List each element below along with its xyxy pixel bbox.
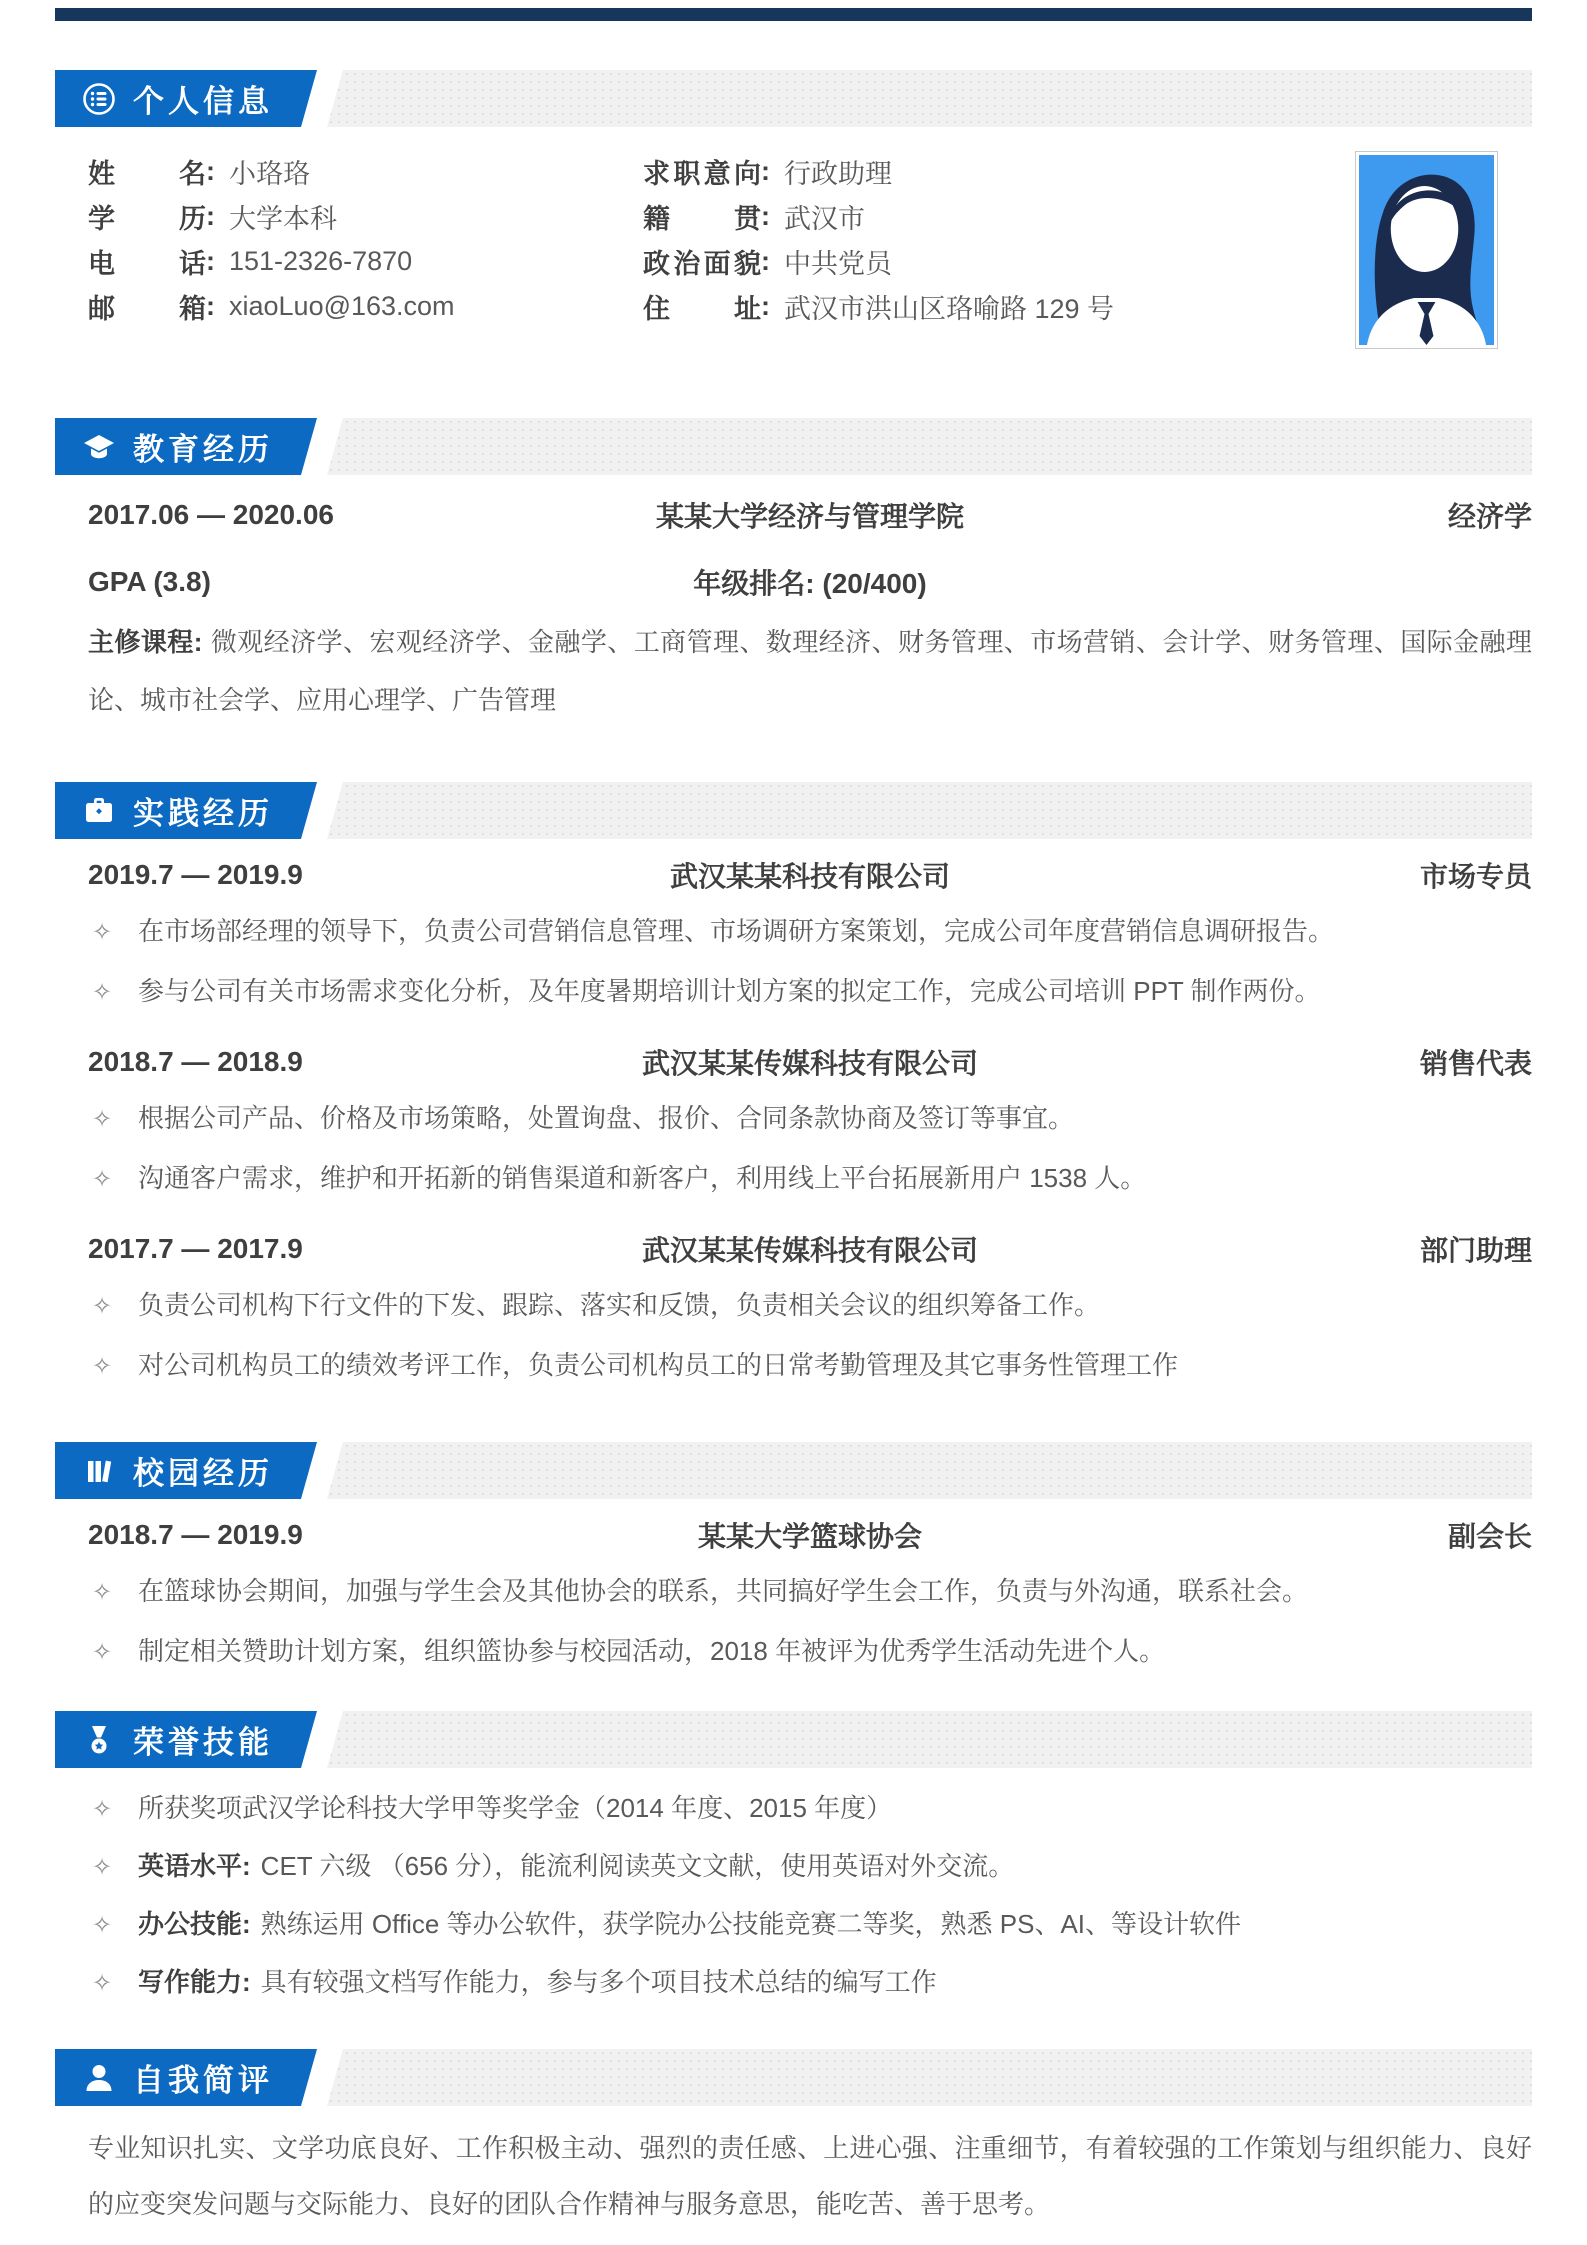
gpa-value: GPA (3.8) <box>88 566 211 598</box>
sparkle-bullet-icon: ✧ <box>88 964 116 1022</box>
education-block: 2017.06 — 2020.06 某某大学经济与管理学院 经济学 GPA (3… <box>88 487 1532 729</box>
sparkle-bullet-icon: ✧ <box>88 1782 116 1838</box>
bullet-text: 具有较强文档写作能力，参与多个项目技术总结的编写工作 <box>261 1954 937 2010</box>
entry-date: 2019.7 — 2019.9 <box>88 859 303 891</box>
section-banner-practice: 实践经历 <box>55 782 1532 839</box>
field-value: 小珞珞 <box>229 152 310 191</box>
colon: : <box>761 246 770 277</box>
entry-organization: 某某大学篮球协会 <box>698 1515 922 1555</box>
sparkle-bullet-icon: ✧ <box>88 1091 116 1149</box>
colon: : <box>761 201 770 232</box>
field-label: 籍贯 <box>643 197 761 236</box>
banner-dotted-band <box>327 1442 1532 1499</box>
id-photo <box>1355 151 1498 349</box>
sparkle-bullet-icon: ✧ <box>88 1338 116 1396</box>
field-value: xiaoLuo@163.com <box>229 291 455 322</box>
banner-dotted-band <box>327 782 1532 839</box>
sparkle-bullet-icon: ✧ <box>88 1624 116 1682</box>
skill-label: 英语水平: <box>138 1838 251 1894</box>
bullet-text: 所获奖项武汉学论科技大学甲等奖学金（2014 年度、2015 年度） <box>138 1780 892 1836</box>
colon: : <box>206 291 215 322</box>
bullet-item: ✧ 英语水平: CET 六级 （656 分），能流利阅读英文文献，使用英语对外交… <box>88 1838 1532 1896</box>
field-email: 邮箱:xiaoLuo@163.com <box>88 287 643 326</box>
bullet-text: 参与公司有关市场需求变化分析，及年度暑期培训计划方案的拟定工作，完成公司培训 P… <box>138 962 1321 1020</box>
bullet-item: ✧ 在篮球协会期间，加强与学生会及其他协会的联系，共同搞好学生会工作，负责与外沟… <box>88 1562 1532 1622</box>
practice-entry-header: 2017.7 — 2017.9 武汉某某传媒科技有限公司 部门助理 <box>88 1221 1532 1276</box>
list-icon <box>81 81 117 117</box>
section-header-honors: 荣誉技能 <box>55 1711 317 1768</box>
section-banner-summary: 自我简评 <box>55 2049 1532 2106</box>
field-label: 求职意向 <box>643 152 761 191</box>
bullet-text: 制定相关赞助计划方案，组织篮协参与校园活动，2018 年被评为优秀学生活动先进个… <box>138 1622 1165 1680</box>
bullet-text: 沟通客户需求，维护和开拓新的销售渠道和新客户，利用线上平台拓展新用户 1538 … <box>138 1149 1146 1207</box>
briefcase-icon <box>81 793 117 829</box>
bullet-item: ✧ 参与公司有关市场需求变化分析，及年度暑期培训计划方案的拟定工作，完成公司培训… <box>88 962 1532 1022</box>
entry-role: 销售代表 <box>1420 1042 1532 1082</box>
bullet-item: ✧ 写作能力: 具有较强文档写作能力，参与多个项目技术总结的编写工作 <box>88 1954 1532 2012</box>
field-value: 中共党员 <box>784 242 892 281</box>
section-title-summary: 自我简评 <box>133 2055 273 2100</box>
education-entry-header: 2017.06 — 2020.06 某某大学经济与管理学院 经济学 <box>88 487 1532 542</box>
avatar <box>1359 155 1494 345</box>
field-degree: 学历:大学本科 <box>88 197 643 236</box>
section-header-personal: 个人信息 <box>55 70 317 127</box>
section-banner-campus: 校园经历 <box>55 1442 1532 1499</box>
bullet-text: 熟练运用 Office 等办公软件，获学院办公技能竞赛二等奖，熟悉 PS、AI、… <box>261 1896 1241 1952</box>
bullet-text: 在市场部经理的领导下，负责公司营销信息管理、市场调研方案策划，完成公司年度营销信… <box>138 902 1334 960</box>
section-banner-honors: 荣誉技能 <box>55 1711 1532 1768</box>
skill-label: 写作能力: <box>138 1954 251 2010</box>
bullet-text: 负责公司机构下行文件的下发、跟踪、落实和反馈，负责相关会议的组织筹备工作。 <box>138 1276 1100 1334</box>
sparkle-bullet-icon: ✧ <box>88 1840 116 1896</box>
campus-block: 2018.7 — 2019.9 某某大学篮球协会 副会长 ✧ 在篮球协会期间，加… <box>88 1507 1532 1682</box>
sparkle-bullet-icon: ✧ <box>88 1278 116 1336</box>
entry-company: 武汉某某传媒科技有限公司 <box>642 1229 978 1269</box>
entry-date: 2018.7 — 2019.9 <box>88 1519 303 1551</box>
personal-row: 姓名:小珞珞 求职意向:行政助理 <box>88 149 1532 194</box>
field-label: 学历 <box>88 197 206 236</box>
colon: : <box>761 291 770 322</box>
practice-entry-header: 2018.7 — 2018.9 武汉某某传媒科技有限公司 销售代表 <box>88 1034 1532 1089</box>
education-major: 经济学 <box>1448 495 1532 535</box>
field-value: 行政助理 <box>784 152 892 191</box>
field-label: 邮箱 <box>88 287 206 326</box>
sparkle-bullet-icon: ✧ <box>88 1151 116 1209</box>
section-header-summary: 自我简评 <box>55 2049 317 2106</box>
field-value: 武汉市洪山区珞喻路 129 号 <box>784 287 1114 326</box>
bullet-text: 对公司机构员工的绩效考评工作，负责公司机构员工的日常考勤管理及其它事务性管理工作 <box>138 1336 1178 1394</box>
major-courses: 主修课程:微观经济学、宏观经济学、金融学、工商管理、数理经济、财务管理、市场营销… <box>88 613 1532 729</box>
entry-role: 市场专员 <box>1420 855 1532 895</box>
bullet-text: 在篮球协会期间，加强与学生会及其他协会的联系，共同搞好学生会工作，负责与外沟通，… <box>138 1562 1308 1620</box>
section-title-education: 教育经历 <box>133 424 273 469</box>
field-value: 151-2326-7870 <box>229 246 412 277</box>
personal-row: 学历:大学本科 籍贯:武汉市 <box>88 194 1532 239</box>
section-header-education: 教育经历 <box>55 418 317 475</box>
section-header-campus: 校园经历 <box>55 1442 317 1499</box>
courses-text: 微观经济学、宏观经济学、金融学、工商管理、数理经济、财务管理、市场营销、会计学、… <box>88 627 1532 715</box>
entry-role: 副会长 <box>1448 1515 1532 1555</box>
medal-icon <box>81 1722 117 1758</box>
colon: : <box>206 156 215 187</box>
field-value: 大学本科 <box>229 197 337 236</box>
courses-label: 主修课程: <box>88 627 202 657</box>
section-title-honors: 荣誉技能 <box>133 1717 273 1762</box>
field-label: 政治面貌 <box>643 242 761 281</box>
sparkle-bullet-icon: ✧ <box>88 904 116 962</box>
colon: : <box>761 156 770 187</box>
entry-company: 武汉某某科技有限公司 <box>670 855 950 895</box>
section-banner-education: 教育经历 <box>55 418 1532 475</box>
practice-block: 2019.7 — 2019.9 武汉某某科技有限公司 市场专员 ✧ 在市场部经理… <box>88 847 1532 1396</box>
entry-company: 武汉某某传媒科技有限公司 <box>642 1042 978 1082</box>
section-banner-personal: 个人信息 <box>55 70 1532 127</box>
section-title-personal: 个人信息 <box>133 76 273 121</box>
entry-date: 2018.7 — 2018.9 <box>88 1046 303 1078</box>
books-icon <box>81 1453 117 1489</box>
banner-dotted-band <box>327 70 1532 127</box>
personal-row: 邮箱:xiaoLuo@163.com 住址:武汉市洪山区珞喻路 129 号 <box>88 284 1532 329</box>
class-rank: 年级排名: (20/400) <box>693 562 926 602</box>
banner-dotted-band <box>327 418 1532 475</box>
field-label: 电话 <box>88 242 206 281</box>
summary-text: 专业知识扎实、文学功底良好、工作积极主动、强烈的责任感、上进心强、注重细节，有着… <box>88 2120 1532 2232</box>
person-icon <box>81 2060 117 2096</box>
field-label: 住址 <box>643 287 761 326</box>
personal-row: 电话:151-2326-7870 政治面貌:中共党员 <box>88 239 1532 284</box>
sparkle-bullet-icon: ✧ <box>88 1956 116 2012</box>
field-name: 姓名:小珞珞 <box>88 152 643 191</box>
field-phone: 电话:151-2326-7870 <box>88 242 643 281</box>
section-title-practice: 实践经历 <box>133 788 273 833</box>
section-title-campus: 校园经历 <box>133 1448 273 1493</box>
banner-dotted-band <box>327 2049 1532 2106</box>
honors-block: ✧ 所获奖项武汉学论科技大学甲等奖学金（2014 年度、2015 年度） ✧ 英… <box>88 1780 1532 2012</box>
colon: : <box>206 246 215 277</box>
summary-block: 专业知识扎实、文学功底良好、工作积极主动、强烈的责任感、上进心强、注重细节，有着… <box>88 2120 1532 2232</box>
section-header-practice: 实践经历 <box>55 782 317 839</box>
bullet-item: ✧ 办公技能: 熟练运用 Office 等办公软件，获学院办公技能竞赛二等奖，熟… <box>88 1896 1532 1954</box>
practice-entry-header: 2019.7 — 2019.9 武汉某某科技有限公司 市场专员 <box>88 847 1532 902</box>
top-rule <box>55 8 1532 21</box>
bullet-text: CET 六级 （656 分），能流利阅读英文文献，使用英语对外交流。 <box>261 1838 1015 1894</box>
personal-info-block: 姓名:小珞珞 求职意向:行政助理 学历:大学本科 籍贯:武汉市 电话:151-2… <box>88 149 1532 329</box>
education-date: 2017.06 — 2020.06 <box>88 499 334 531</box>
colon: : <box>206 201 215 232</box>
bullet-item: ✧ 根据公司产品、价格及市场策略，处置询盘、报价、合同条款协商及签订等事宜。 <box>88 1089 1532 1149</box>
bullet-item: ✧ 所获奖项武汉学论科技大学甲等奖学金（2014 年度、2015 年度） <box>88 1780 1532 1838</box>
campus-entry-header: 2018.7 — 2019.9 某某大学篮球协会 副会长 <box>88 1507 1532 1562</box>
education-school: 某某大学经济与管理学院 <box>656 495 964 535</box>
bullet-item: ✧ 制定相关赞助计划方案，组织篮协参与校园活动，2018 年被评为优秀学生活动先… <box>88 1622 1532 1682</box>
banner-dotted-band <box>327 1711 1532 1768</box>
education-gpa-row: GPA (3.8) 年级排名: (20/400) <box>88 554 1532 609</box>
entry-date: 2017.7 — 2017.9 <box>88 1233 303 1265</box>
bullet-text: 根据公司产品、价格及市场策略，处置询盘、报价、合同条款协商及签订等事宜。 <box>138 1089 1074 1147</box>
sparkle-bullet-icon: ✧ <box>88 1564 116 1622</box>
bullet-item: ✧ 在市场部经理的领导下，负责公司营销信息管理、市场调研方案策划，完成公司年度营… <box>88 902 1532 962</box>
bullet-item: ✧ 对公司机构员工的绩效考评工作，负责公司机构员工的日常考勤管理及其它事务性管理… <box>88 1336 1532 1396</box>
bullet-item: ✧ 负责公司机构下行文件的下发、跟踪、落实和反馈，负责相关会议的组织筹备工作。 <box>88 1276 1532 1336</box>
entry-role: 部门助理 <box>1420 1229 1532 1269</box>
sparkle-bullet-icon: ✧ <box>88 1898 116 1954</box>
field-value: 武汉市 <box>784 197 865 236</box>
bullet-item: ✧ 沟通客户需求，维护和开拓新的销售渠道和新客户，利用线上平台拓展新用户 153… <box>88 1149 1532 1209</box>
field-label: 姓名 <box>88 152 206 191</box>
graduation-cap-icon <box>81 429 117 465</box>
skill-label: 办公技能: <box>138 1896 251 1952</box>
